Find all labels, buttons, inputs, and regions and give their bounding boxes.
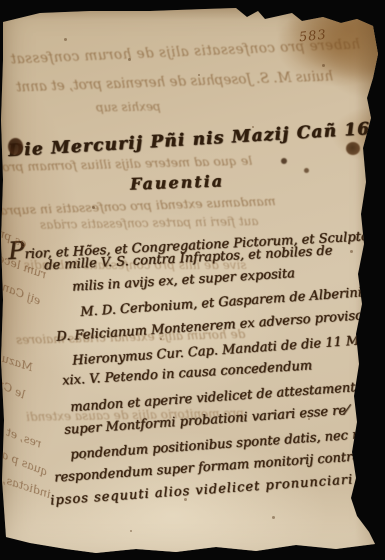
paper-speck xyxy=(322,64,325,67)
paper-speck xyxy=(272,516,275,519)
paper-speck xyxy=(64,38,67,41)
margin-bleed-fragment: le Criv xyxy=(0,372,28,401)
paper-speck xyxy=(198,74,200,76)
paper-speck xyxy=(236,300,239,303)
paper-speck xyxy=(130,530,132,532)
paper-speck xyxy=(252,126,254,128)
paper-speck xyxy=(84,458,86,460)
paper-speck xyxy=(160,338,162,340)
margin-bleed-fragment: res, et ar xyxy=(0,419,44,450)
ink-blot xyxy=(304,168,309,173)
place-heading: Fauentia xyxy=(130,171,225,193)
paper-speck xyxy=(184,498,187,501)
ink-blot xyxy=(8,138,23,155)
manuscript-page: 583 habere pro confessatis alijs de horu… xyxy=(0,0,385,560)
paper-speck xyxy=(92,206,95,209)
bleed-through-line: pexhis sup xyxy=(96,99,161,114)
ink-blot xyxy=(346,142,360,155)
margin-bleed-fragment: es pro xyxy=(0,223,29,250)
archive-photo: 583 habere pro confessatis alijs de horu… xyxy=(0,0,385,560)
paper-speck xyxy=(308,418,310,420)
torn-edge-shading xyxy=(355,0,385,560)
paper-speck xyxy=(350,250,353,253)
margin-bleed-fragment: eij Canea xyxy=(0,274,43,307)
paper-speck xyxy=(128,58,131,61)
margin-bleed-fragment: Mazu s xyxy=(0,348,35,374)
ink-blot xyxy=(281,158,287,164)
top-edge-shading xyxy=(0,0,385,20)
